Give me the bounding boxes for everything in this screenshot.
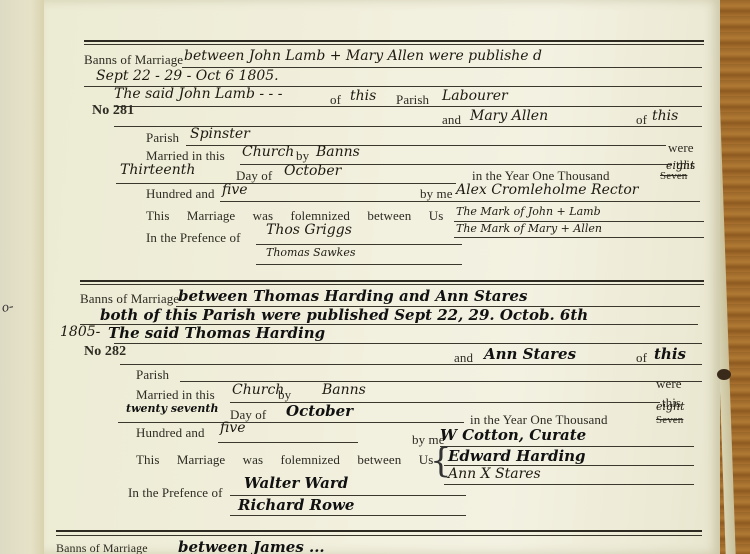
bride-signature: Ann X Stares	[448, 466, 541, 482]
groom-parish: this	[350, 88, 376, 104]
rule	[220, 201, 700, 202]
marriage-place: Church	[232, 382, 284, 398]
bride-name: Ann Stares	[484, 345, 576, 363]
year-last: five	[220, 420, 246, 436]
rule	[256, 244, 462, 245]
groom-signature: Edward Harding	[448, 447, 586, 465]
rule	[114, 106, 702, 107]
banns-label: Banns of Marriage	[84, 52, 183, 68]
printed-by: by	[296, 148, 309, 164]
year-struck: Seven	[656, 414, 683, 426]
register-page: Banns of Marriage between John Lamb + Ma…	[44, 0, 720, 554]
printed-parish: Parish	[136, 367, 169, 383]
banns-label: Banns of Marriage	[80, 291, 179, 307]
rule	[114, 343, 702, 344]
printed-by-me: by me	[420, 186, 453, 202]
rule	[444, 484, 694, 485]
marriage-month: October	[284, 163, 341, 179]
entry-divider	[84, 40, 704, 42]
left-page-fragment: o-	[1, 299, 15, 317]
printed-were: were	[668, 140, 694, 156]
entry-number: No 282	[84, 344, 126, 360]
presence-label: In the Prefence of	[146, 230, 241, 246]
presence-label: In the Prefence of	[128, 485, 223, 501]
witness-1: Thos Griggs	[266, 222, 352, 238]
banns-text-line2: both of this Parish were published Sept …	[100, 306, 588, 324]
rule	[454, 237, 704, 238]
entry-divider-thin	[56, 535, 702, 536]
bride-parish: this	[654, 345, 686, 363]
marriage-place: Church	[242, 144, 294, 160]
bride-name: Mary Allen	[470, 108, 548, 124]
printed-hundred-and: Hundred and	[146, 186, 215, 202]
rule	[230, 515, 466, 516]
marriage-day: Thirteenth	[120, 162, 195, 178]
printed-hundred-and: Hundred and	[136, 425, 205, 441]
banns-text-line1: between John Lamb + Mary Allen were publ…	[184, 48, 542, 64]
entry-divider	[56, 530, 702, 532]
bride-parish: this	[652, 108, 678, 124]
rule	[120, 364, 702, 365]
marriage-month: October	[286, 402, 353, 420]
rule	[218, 442, 358, 443]
entry-divider	[80, 280, 704, 282]
year-prefix: 1805-	[60, 324, 100, 340]
entry-divider-thin	[84, 44, 704, 45]
bride-status: Spinster	[190, 126, 250, 142]
witness-2: Richard Rowe	[238, 496, 354, 514]
entry-divider-thin	[80, 284, 704, 285]
entry-number: No 281	[92, 103, 134, 119]
rule	[118, 422, 464, 423]
banns-dates: Sept 22 - 29 - Oct 6 1805.	[96, 68, 279, 84]
witness-1: Walter Ward	[244, 474, 348, 492]
marriage-day: twenty seventh	[126, 402, 219, 415]
printed-parish: Parish	[146, 130, 179, 146]
ink-blot	[717, 369, 731, 380]
year-struck: Seven	[660, 170, 687, 182]
officiant: Alex Cromleholme Rector	[456, 182, 638, 198]
year-correction: eight	[656, 400, 685, 413]
officiant: W Cotton, Curate	[440, 426, 586, 444]
rule	[256, 264, 462, 265]
year-last: five	[222, 182, 248, 198]
groom-signature: The Mark of John + Lamb	[456, 205, 601, 218]
printed-married-in: Married in this	[136, 387, 215, 403]
groom-name: The said Thomas Harding	[108, 324, 325, 342]
banns-text-line1: between Thomas Harding and Ann Stares	[178, 287, 527, 305]
groom-name: The said John Lamb - - -	[114, 86, 282, 102]
left-facing-page: o-	[0, 0, 45, 554]
printed-by: by	[278, 387, 291, 403]
banns-label: Banns of Marriage	[56, 541, 148, 554]
rule	[116, 183, 456, 184]
marriage-method: Banns	[316, 144, 360, 160]
banns-text-line1: between James ...	[178, 538, 325, 554]
solemnized-label: This Marriage was folemnized between Us	[136, 452, 433, 468]
groom-occupation: Labourer	[442, 88, 508, 104]
printed-were: were	[656, 376, 682, 392]
witness-2: Thomas Sawkes	[266, 246, 356, 259]
marriage-method: Banns	[322, 382, 366, 398]
bride-signature: The Mark of Mary + Allen	[456, 222, 602, 235]
